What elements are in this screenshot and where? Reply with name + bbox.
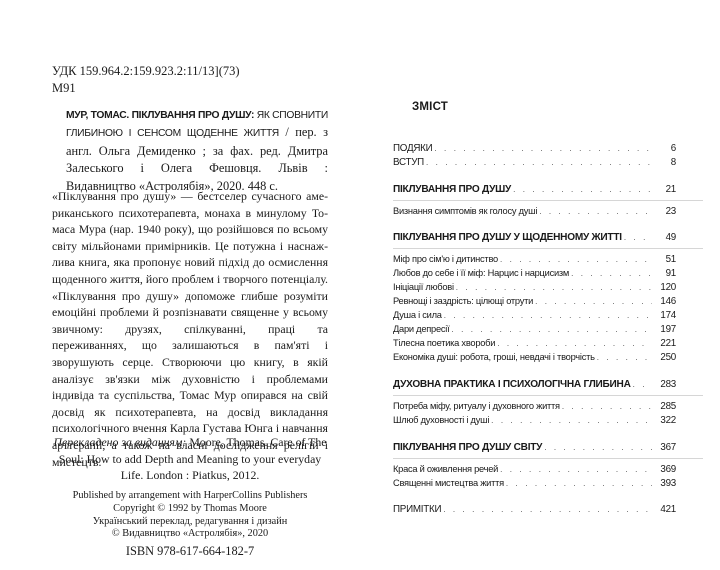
toc-entry-title: ПРИМІТКИ bbox=[393, 504, 443, 515]
toc-entry-title: ПОДЯКИ bbox=[393, 143, 434, 154]
toc-entry: Тілесна поетика хвороби . . . . . . . . … bbox=[393, 338, 703, 352]
dot-leader: . . . . . . . . . . . . . . . . . . . . … bbox=[497, 339, 652, 348]
toc-entry-title: Ревнощі і заздрість: цілющі отрути bbox=[393, 296, 535, 306]
isbn: ISBN 978-617-664-182-7 bbox=[52, 544, 328, 559]
toc-entry-title: Душа і сила bbox=[393, 310, 444, 320]
toc-entry-page: 91 bbox=[652, 268, 703, 279]
toc-entry: ПІКЛУВАННЯ ПРО ДУШУ СВІТУ . . . . . . . … bbox=[393, 442, 703, 456]
dot-leader: . . . . . . . . . . . . . . . . . . . . … bbox=[426, 158, 652, 167]
toc-entry-title: Міф про сім'ю і дитинство bbox=[393, 254, 500, 264]
toc-entry-page: 221 bbox=[652, 338, 703, 349]
dot-leader: . . . . . . . . . . . . . . . . . . . . … bbox=[562, 402, 652, 411]
dot-leader: . . . . . . . . . . . . . . . . . . . . … bbox=[571, 269, 652, 278]
toc-entry-title: Любов до себе і її міф: Нарцис і нарциси… bbox=[393, 268, 571, 278]
section-divider bbox=[393, 395, 703, 396]
biblio-author-title: МУР, ТОМАС. ПІКЛУВАННЯ ПРО ДУШУ: bbox=[66, 110, 254, 121]
dot-leader: . . . . . . . . . . . . . . . . . . . . … bbox=[597, 353, 652, 362]
udk-block: УДК 159.964.2:159.923.2:11/13](73) М91 bbox=[52, 63, 240, 97]
dot-leader: . . . . . . . . . . . . . . . . . . . . … bbox=[624, 233, 652, 242]
toc-entry-page: 250 bbox=[652, 352, 703, 363]
toc-entry: ПІКЛУВАННЯ ПРО ДУШУ У ЩОДЕННОМУ ЖИТТІ . … bbox=[393, 232, 703, 246]
toc-entry-page: 6 bbox=[652, 143, 703, 154]
toc-entry: Ревнощі і заздрість: цілющі отрути . . .… bbox=[393, 296, 703, 310]
book-annotation: «Піклування про душу» — бестселер сучасн… bbox=[52, 188, 328, 470]
toc-entry: Краса й оживлення речей . . . . . . . . … bbox=[393, 464, 703, 478]
toc-entry: ВСТУП . . . . . . . . . . . . . . . . . … bbox=[393, 157, 703, 171]
section-divider bbox=[393, 248, 703, 249]
toc-entry-page: 120 bbox=[652, 282, 703, 293]
toc-entry: Любов до себе і її міф: Нарцис і нарциси… bbox=[393, 268, 703, 282]
copyright-block: Published by arrangement with HarperColl… bbox=[52, 490, 328, 541]
toc-entry: Душа і сила . . . . . . . . . . . . . . … bbox=[393, 310, 703, 324]
toc-entry-title: ПІКЛУВАННЯ ПРО ДУШУ bbox=[393, 184, 513, 195]
toc-entry-page: 283 bbox=[652, 379, 703, 390]
toc-entry-page: 146 bbox=[652, 296, 703, 307]
toc-entry-page: 421 bbox=[652, 504, 703, 515]
toc-entry-page: 322 bbox=[652, 415, 703, 426]
toc-entry-title: Ініціації любові bbox=[393, 282, 456, 292]
dot-leader: . . . . . . . . . . . . . . . . . . . . … bbox=[633, 380, 652, 389]
section-divider bbox=[393, 200, 703, 201]
toc-entry: Дари депресії . . . . . . . . . . . . . … bbox=[393, 324, 703, 338]
toc-entry-title: ПІКЛУВАННЯ ПРО ДУШУ У ЩОДЕННОМУ ЖИТТІ bbox=[393, 232, 624, 243]
toc-entry-title: Економіка душі: робота, гроші, невдачі і… bbox=[393, 352, 597, 362]
copyright-line: © Видавництво «Астролябія», 2020 bbox=[52, 528, 328, 541]
dot-leader: . . . . . . . . . . . . . . . . . . . . … bbox=[491, 416, 652, 425]
dot-leader: . . . . . . . . . . . . . . . . . . . . … bbox=[513, 185, 652, 194]
toc-entry: Шлюб духовності і душі . . . . . . . . .… bbox=[393, 415, 703, 429]
toc-entry-title: Тілесна поетика хвороби bbox=[393, 338, 497, 348]
toc-entry-page: 197 bbox=[652, 324, 703, 335]
section-divider bbox=[393, 458, 703, 459]
toc-entry: Міф про сім'ю і дитинство . . . . . . . … bbox=[393, 254, 703, 268]
bibliographic-record: МУР, ТОМАС. ПІКЛУВАННЯ ПРО ДУШУ: ЯК СПОВ… bbox=[66, 106, 328, 195]
toc-entry-page: 369 bbox=[652, 464, 703, 475]
dot-leader: . . . . . . . . . . . . . . . . . . . . … bbox=[451, 325, 652, 334]
toc-entry-page: 51 bbox=[652, 254, 703, 265]
toc-entry: Потреба міфу, ритуалу і духовного життя … bbox=[393, 401, 703, 415]
toc-entry-title: Краса й оживлення речей bbox=[393, 464, 500, 474]
toc-entry-title: ПІКЛУВАННЯ ПРО ДУШУ СВІТУ bbox=[393, 442, 544, 453]
toc-entry-title: ДУХОВНА ПРАКТИКА І ПСИХОЛОГІЧНА ГЛИБИНА bbox=[393, 379, 633, 390]
toc-entry-title: Дари депресії bbox=[393, 324, 451, 334]
toc-entry-title: Шлюб духовності і душі bbox=[393, 415, 491, 425]
dot-leader: . . . . . . . . . . . . . . . . . . . . … bbox=[506, 479, 652, 488]
dot-leader: . . . . . . . . . . . . . . . . . . . . … bbox=[443, 505, 652, 514]
author-mark: М91 bbox=[52, 80, 240, 97]
translation-source: Перекладено за виданням: Moore, Thomas. … bbox=[52, 434, 328, 484]
translation-label: Перекладено за виданням: bbox=[54, 435, 187, 449]
right-page-contents: ЗМІСТ ПОДЯКИ . . . . . . . . . . . . . .… bbox=[365, 0, 720, 570]
toc-entry-page: 285 bbox=[652, 401, 703, 412]
toc-entry: Священні мистецтва життя . . . . . . . .… bbox=[393, 478, 703, 492]
toc-entry: ПРИМІТКИ . . . . . . . . . . . . . . . .… bbox=[393, 504, 703, 518]
toc-entry: Економіка душі: робота, гроші, невдачі і… bbox=[393, 352, 703, 366]
toc-title: ЗМІСТ bbox=[412, 101, 448, 113]
dot-leader: . . . . . . . . . . . . . . . . . . . . … bbox=[535, 297, 652, 306]
toc-entry-page: 393 bbox=[652, 478, 703, 489]
dot-leader: . . . . . . . . . . . . . . . . . . . . … bbox=[544, 443, 652, 452]
toc-entry: ПІКЛУВАННЯ ПРО ДУШУ . . . . . . . . . . … bbox=[393, 184, 703, 198]
dot-leader: . . . . . . . . . . . . . . . . . . . . … bbox=[434, 144, 652, 153]
toc-entry-title: ВСТУП bbox=[393, 157, 426, 168]
toc-entry-title: Визнання симптомів як голосу душі bbox=[393, 206, 539, 216]
toc-entry-page: 23 bbox=[652, 206, 703, 217]
toc-entry-page: 367 bbox=[652, 442, 703, 453]
toc-entry-title: Священні мистецтва життя bbox=[393, 478, 506, 488]
dot-leader: . . . . . . . . . . . . . . . . . . . . … bbox=[500, 255, 652, 264]
toc-entry: ДУХОВНА ПРАКТИКА І ПСИХОЛОГІЧНА ГЛИБИНА … bbox=[393, 379, 703, 393]
toc-entry-page: 174 bbox=[652, 310, 703, 321]
udk-code: УДК 159.964.2:159.923.2:11/13](73) bbox=[52, 63, 240, 80]
dot-leader: . . . . . . . . . . . . . . . . . . . . … bbox=[444, 311, 652, 320]
dot-leader: . . . . . . . . . . . . . . . . . . . . … bbox=[456, 283, 652, 292]
copyright-line: Український переклад, редагування і диза… bbox=[52, 516, 328, 529]
toc-entry-page: 8 bbox=[652, 157, 703, 168]
toc-entry: Ініціації любові . . . . . . . . . . . .… bbox=[393, 282, 703, 296]
copyright-line: Copyright © 1992 by Thomas Moore bbox=[52, 503, 328, 516]
toc-entry-title: Потреба міфу, ритуалу і духовного життя bbox=[393, 401, 562, 411]
left-page-imprint: УДК 159.964.2:159.923.2:11/13](73) М91 М… bbox=[0, 0, 365, 570]
dot-leader: . . . . . . . . . . . . . . . . . . . . … bbox=[539, 207, 652, 216]
toc-entry-page: 49 bbox=[652, 232, 703, 243]
toc-entry-page: 21 bbox=[652, 184, 703, 195]
copyright-line: Published by arrangement with HarperColl… bbox=[52, 490, 328, 503]
toc-entry: Визнання симптомів як голосу душі . . . … bbox=[393, 206, 703, 220]
dot-leader: . . . . . . . . . . . . . . . . . . . . … bbox=[500, 465, 652, 474]
toc-entry: ПОДЯКИ . . . . . . . . . . . . . . . . .… bbox=[393, 143, 703, 157]
